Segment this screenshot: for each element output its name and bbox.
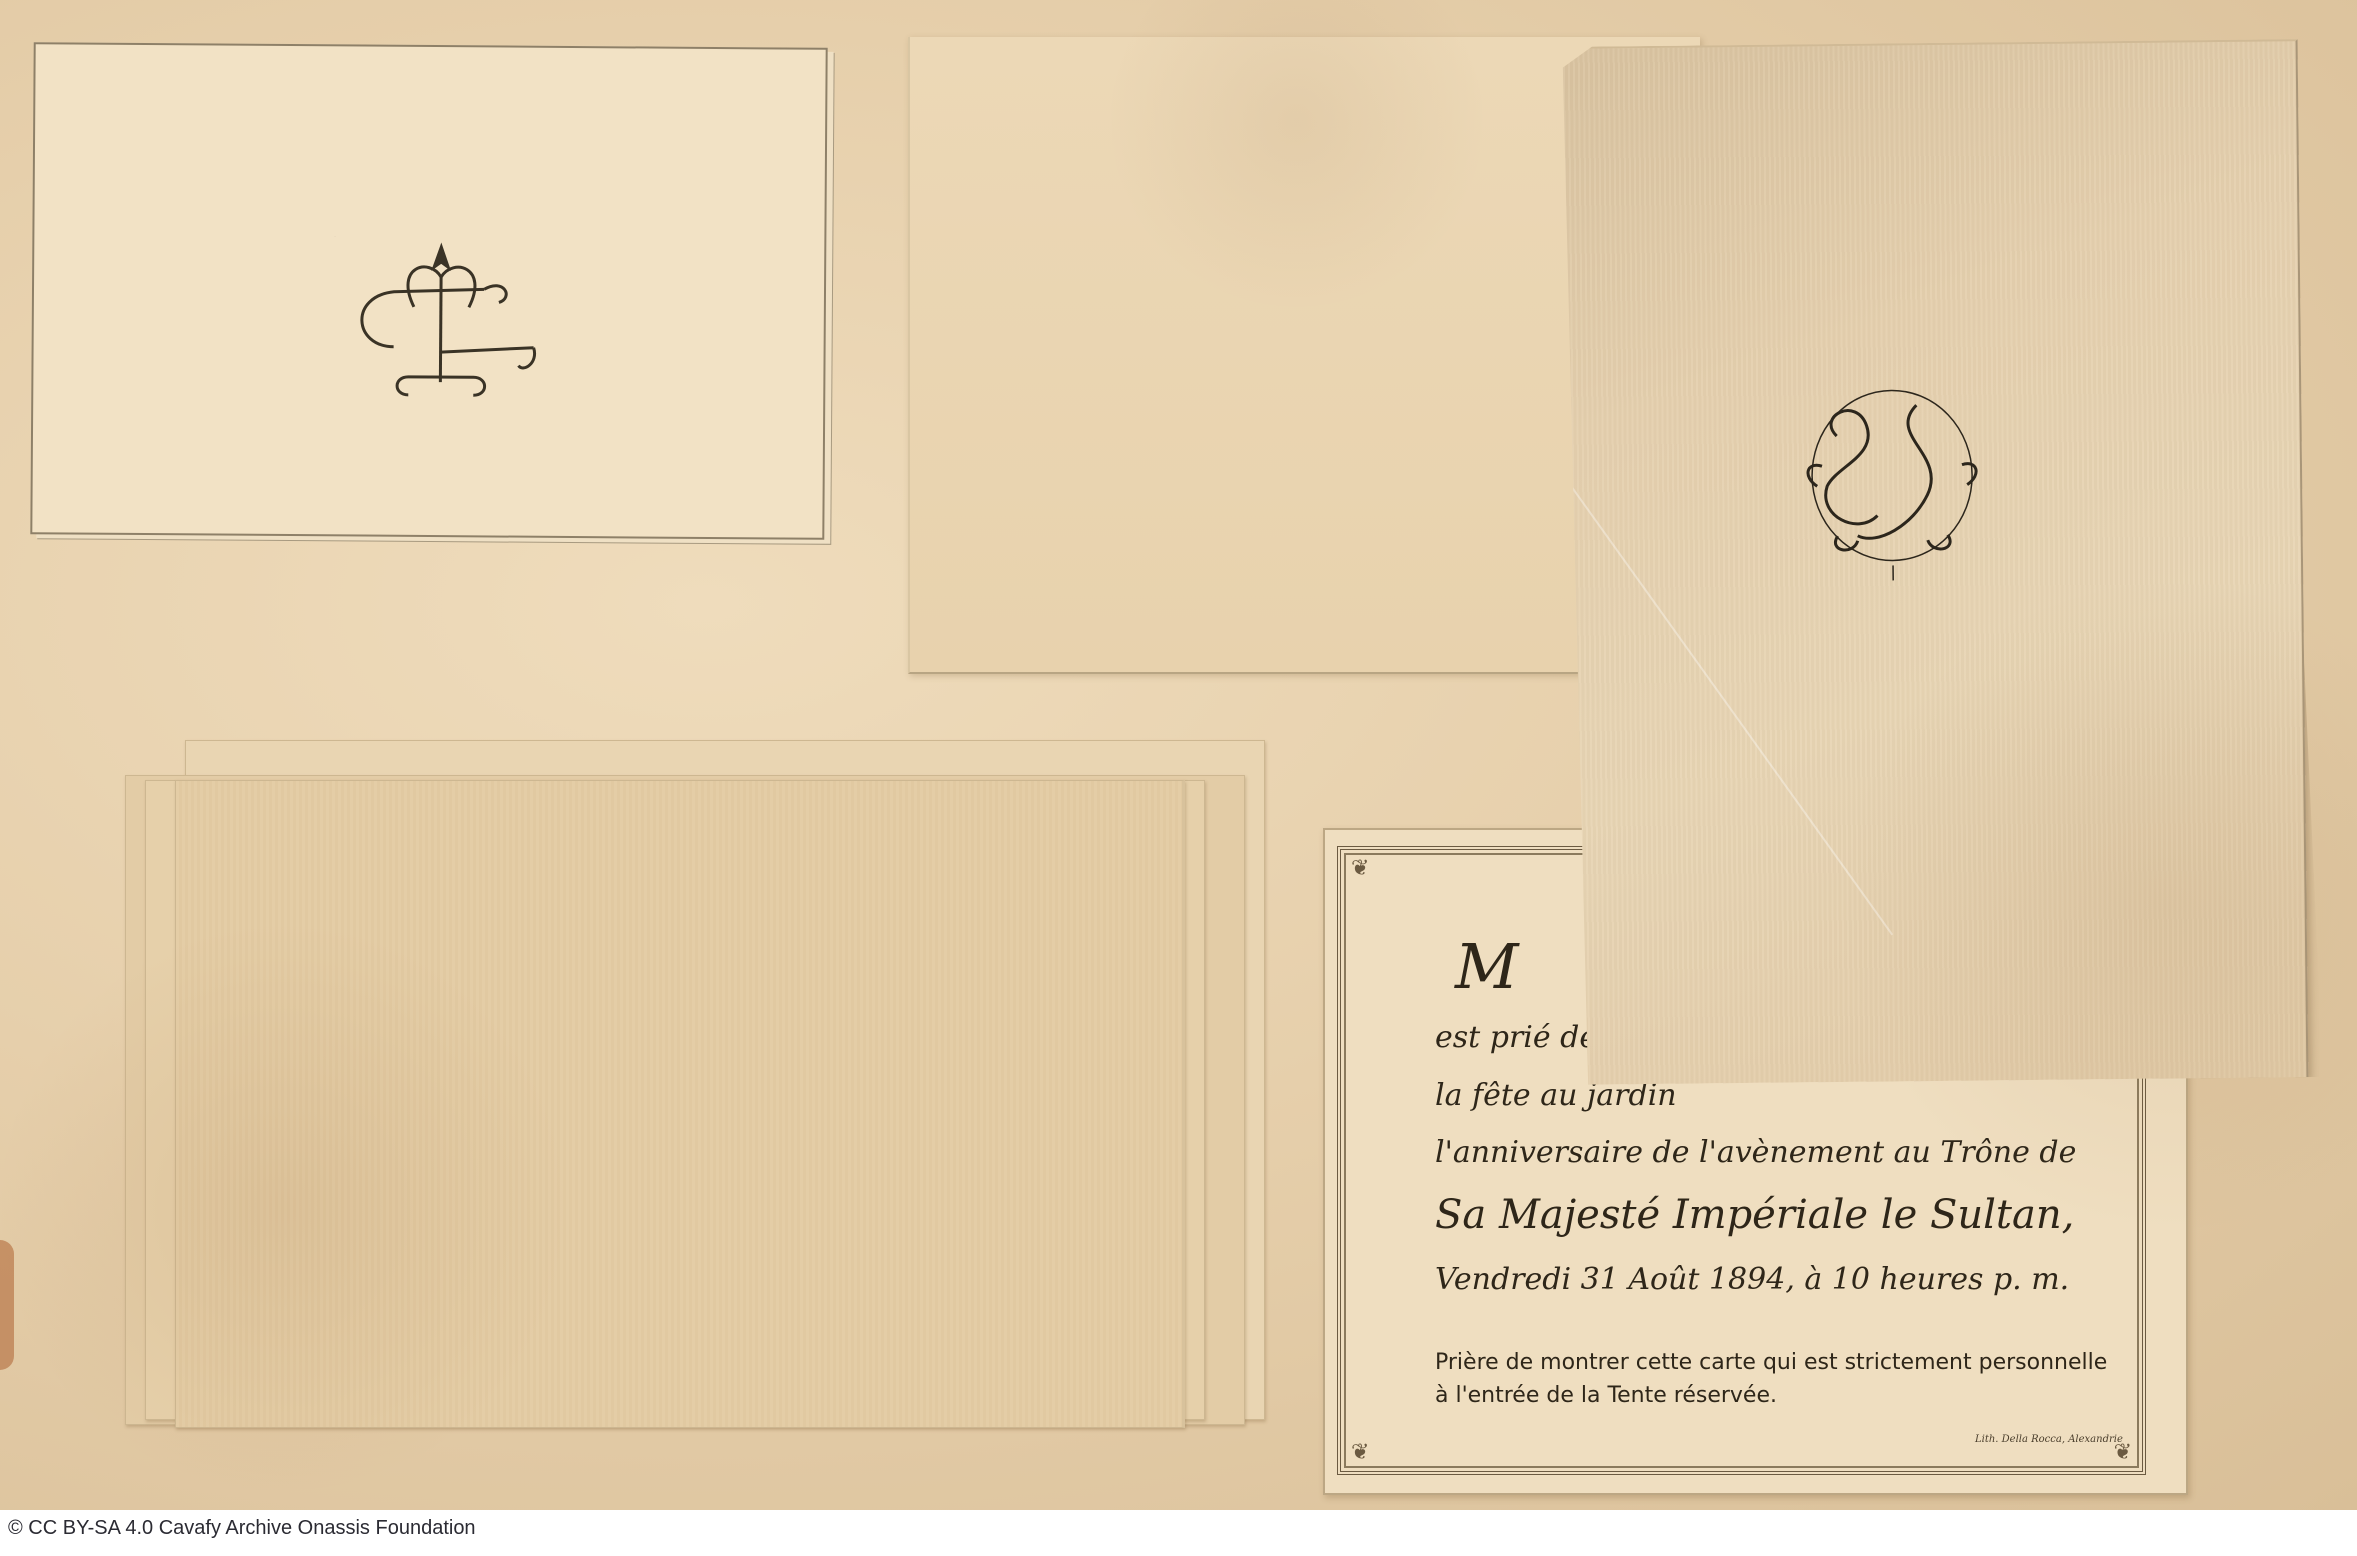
invite-line-priere: Prière de montrer cette carte qui est st… (1435, 1350, 2107, 1375)
monogram-envelope: PS (1563, 39, 2309, 1085)
corner-ornament-icon: ❦ (1351, 1440, 1369, 1465)
crowned-monogram-icon: GL (333, 236, 549, 407)
invite-line-majeste: Sa Majesté Impériale le Sultan, (1435, 1192, 2074, 1238)
invite-line-entree: à l'entrée de la Tente réservée. (1435, 1383, 1777, 1408)
salutation: M (1455, 930, 1518, 1003)
sheet-layer-front (175, 780, 1185, 1428)
svg-text:PS: PS (1796, 375, 1798, 377)
printer-imprint: Lith. Della Rocca, Alexandrie (1975, 1434, 2123, 1445)
archive-scan: GL ❦ ❦ ❦ M est prié de la fête au jardin… (0, 0, 2357, 1510)
corner-ornament-icon: ❦ (1351, 856, 1369, 881)
invite-line-prie: est prié de (1435, 1020, 1597, 1055)
svg-text:GL: GL (334, 236, 336, 237)
invite-line-date: Vendredi 31 Août 1894, à 10 heures p. m. (1435, 1262, 2069, 1297)
copyright-credit: © CC BY-SA 4.0 Cavafy Archive Onassis Fo… (8, 1517, 476, 1540)
folded-sheets-stack (125, 740, 1270, 1433)
invite-line-anniversaire: l'anniversaire de l'avènement au Trône d… (1435, 1135, 2076, 1170)
album-edge (0, 1240, 14, 1370)
monogram-card: GL (30, 42, 827, 540)
ornate-monogram-icon: PS (1796, 374, 1988, 586)
